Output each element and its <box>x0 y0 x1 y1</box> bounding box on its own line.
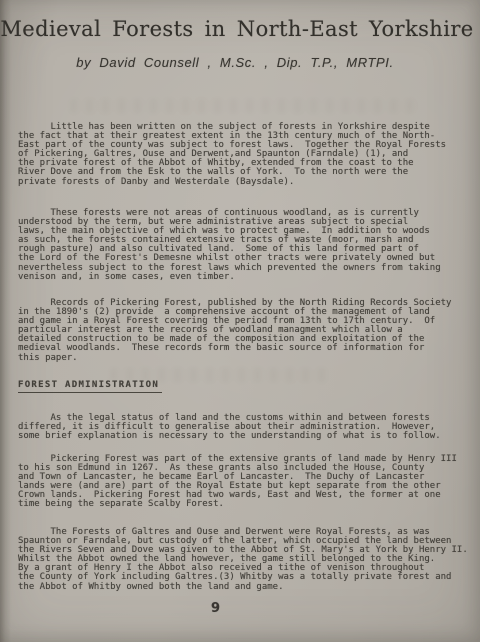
page-number: 9 <box>211 601 220 616</box>
section-heading-forest-administration: FOREST ADMINISTRATION <box>18 380 162 393</box>
paragraph-forest-definition: These forests were not areas of continuo… <box>18 209 441 282</box>
paragraph-records: Records of Pickering Forest, published b… <box>18 299 451 363</box>
page-left-edge-shadow <box>0 0 11 642</box>
paragraph-intro: Little has been written on the subject o… <box>18 123 446 187</box>
show-through-ghost-text <box>70 99 420 113</box>
paragraph-pickering-grants: Pickering Forest was part of the extensi… <box>18 455 457 510</box>
byline: by David Counsell , M.Sc. , Dip. T.P., M… <box>0 55 470 70</box>
paragraph-legal-status: As the legal status of land and the cust… <box>18 414 441 441</box>
page-title: Medieval Forests in North-East Yorkshire <box>0 17 474 41</box>
scanned-page: Medieval Forests in North-East Yorkshire… <box>0 0 480 642</box>
paragraph-galtres-ouse-derwent: The Forests of Galtres and Ouse and Derw… <box>18 528 468 592</box>
